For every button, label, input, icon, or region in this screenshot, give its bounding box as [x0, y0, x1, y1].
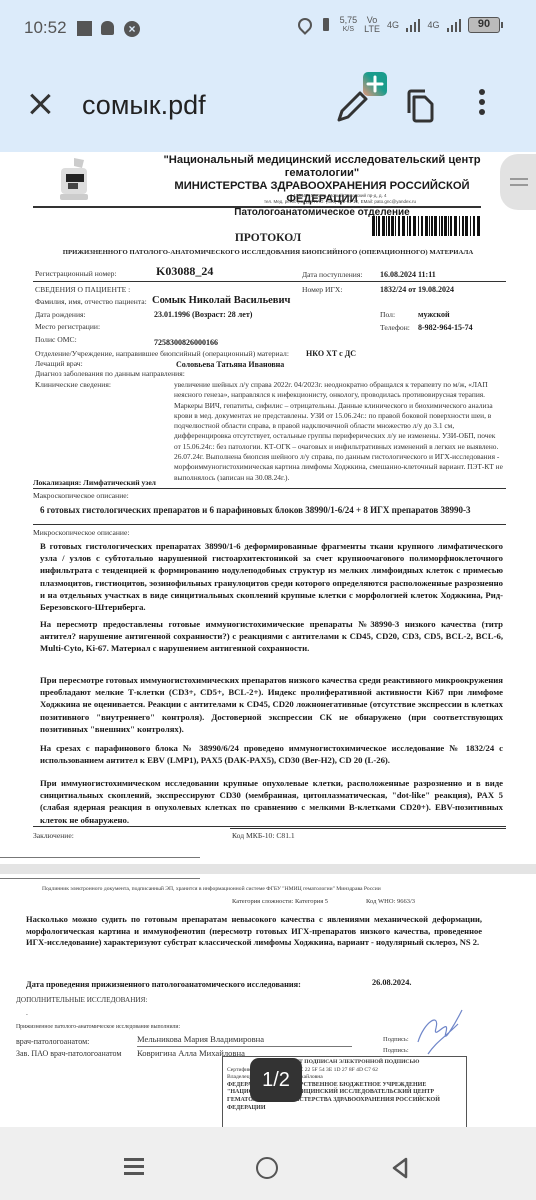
- divider: [0, 857, 200, 858]
- status-bar: 10:52 × 5,75 K/S Vo LTE 4G 4G 90: [0, 0, 536, 60]
- copy-button[interactable]: [400, 85, 440, 125]
- micro-paragraph: В готовых гистологических препаратах 389…: [40, 540, 503, 613]
- additional-value: .: [26, 1008, 28, 1017]
- more-vertical-icon[interactable]: [472, 86, 492, 126]
- igh-label: Номер ИГХ:: [302, 285, 342, 294]
- clinical-label: Клинические сведения:: [35, 380, 111, 389]
- org-header: "Национальный медицинский исследовательс…: [152, 154, 492, 219]
- protocol-subtitle: ПРИЖИЗНЕННОГО ПАТОЛОГО-АНАТОМИЧЕСКОГО ИС…: [0, 249, 536, 256]
- patient-name: Сомык Николай Васильевич: [152, 295, 290, 306]
- edit-button[interactable]: [330, 70, 390, 130]
- dob: 23.01.1996 (Возраст: 28 лет): [154, 310, 252, 319]
- pathologist-name: Мельникова Мария Владимировна: [137, 1034, 264, 1044]
- oms-label: Полис ОМС:: [35, 335, 77, 344]
- pathologist-label: врач-патологоанатом:: [16, 1037, 89, 1046]
- divider: [137, 1046, 352, 1047]
- divider: [230, 828, 506, 829]
- pencil-plus-icon: [330, 70, 390, 130]
- dob-label: Дата рождения:: [35, 310, 86, 319]
- diagnosis-label: Диагноз заболевания по данным направлени…: [35, 369, 185, 378]
- status-icons: 5,75 K/S Vo LTE 4G 4G 90: [298, 16, 500, 34]
- pdf-page-1: "Национальный медицинский исследовательс…: [0, 152, 536, 864]
- vibrate-icon: [319, 17, 333, 33]
- android-icon: [101, 21, 114, 35]
- protocol-title: ПРОТОКОЛ: [0, 232, 536, 244]
- final-conclusion: Насколько можно судить по готовым препар…: [26, 914, 482, 949]
- app-bar: сомык.pdf: [0, 60, 536, 152]
- system-nav-bar: [0, 1127, 536, 1200]
- doctor: Соловьева Татьяна Ивановна: [176, 360, 284, 369]
- micro-paragraph: На пересмотр предоставлены готовые иммун…: [40, 618, 503, 655]
- received-label: Дата поступления:: [302, 270, 362, 279]
- divider: [33, 524, 506, 525]
- study-date: 26.08.2024.: [372, 978, 411, 987]
- microscope-logo-icon: [56, 156, 92, 202]
- sex: мужской: [418, 310, 450, 319]
- volte-indicator: Vo LTE: [364, 16, 380, 34]
- reg-number-label: Регистрационный номер:: [35, 269, 117, 278]
- patient-info-label: СВЕДЕНИЯ О ПАЦИЕНТЕ :: [35, 285, 130, 294]
- divider: [33, 826, 506, 827]
- referring-dept-label: Отделение/Учреждение, направившее биопси…: [35, 349, 289, 358]
- footer-note: Подлинник электронного документа, подпис…: [42, 886, 381, 892]
- registration-label: Место регистрации:: [35, 322, 100, 331]
- oms-number: 7258300826000166: [154, 338, 218, 347]
- micro-paragraph: На срезах с парафинового блока № 38990/6…: [40, 742, 503, 766]
- received-date: 16.08.2024 11:11: [380, 270, 436, 279]
- net-speed: 5,75 K/S: [340, 16, 358, 34]
- icd-code: Код МКБ-10: C81.1: [232, 831, 295, 840]
- sex-label: Пол:: [380, 310, 395, 319]
- pdf-viewer[interactable]: "Национальный медицинский исследовательс…: [0, 152, 536, 1127]
- divider: [0, 878, 200, 879]
- localization: Локализация: Лимфатический узел: [33, 478, 156, 487]
- referring-dept: НКО ХТ с ДС: [306, 349, 356, 358]
- location-icon: [295, 15, 315, 35]
- igh-number: 1832/24 от 19.08.2024: [380, 285, 454, 294]
- head-label: Зав. ПАО врач-патологоанатом: [16, 1049, 121, 1058]
- status-time: 10:52: [24, 18, 67, 38]
- document-title: сомык.pdf: [82, 90, 206, 121]
- sim1-type: 4G: [387, 21, 399, 30]
- divider: [33, 488, 506, 489]
- back-icon[interactable]: [390, 1156, 410, 1180]
- micro-paragraph: При пересмотре готовых иммуногистохимиче…: [40, 674, 503, 735]
- complexity: Категория сложности: Категория 5: [232, 898, 328, 905]
- macro-label: Макроскопическое описание:: [33, 491, 129, 500]
- divider: [33, 281, 506, 282]
- who-code: Код WHO: 9663/3: [366, 898, 415, 905]
- conclusion-label: Заключение:: [33, 831, 74, 840]
- phone: 8-982-964-15-74: [418, 323, 473, 332]
- macro-description: 6 готовых гистологических препаратов и 6…: [40, 505, 470, 515]
- battery-icon: 90: [468, 17, 500, 33]
- home-icon[interactable]: [256, 1157, 278, 1179]
- sim2-type: 4G: [427, 21, 439, 30]
- study-date-label: Дата проведения прижизненного патологоан…: [26, 980, 301, 989]
- header-divider: [33, 206, 481, 208]
- page-indicator: 1/2: [250, 1058, 302, 1102]
- clinical-info: увеличение шейных л/у справа 2022г. 04/2…: [174, 380, 504, 483]
- signal-icon: [447, 18, 462, 32]
- signal-icon: [406, 18, 421, 32]
- phone-label: Телефон:: [380, 323, 410, 332]
- micro-label: Микроскопическое описание:: [33, 528, 129, 537]
- recents-icon[interactable]: [124, 1158, 144, 1174]
- additional-label: ДОПОЛНИТЕЛЬНЫЕ ИССЛЕДОВАНИЯ:: [16, 996, 147, 1004]
- micro-paragraph: При иммуногистохимическом исследовании к…: [40, 777, 503, 826]
- close-icon[interactable]: [28, 92, 54, 118]
- patient-name-label: Фамилия, имя, отчество пациента:: [35, 297, 147, 306]
- signature-icon: [410, 1002, 470, 1062]
- org-address: 125167, Москва, Новый Зыковский пр-д, д.…: [180, 193, 500, 205]
- reg-number: K03088_24: [156, 264, 213, 279]
- scrollbar-handle[interactable]: [500, 154, 536, 210]
- x-circle-icon: ×: [124, 21, 140, 37]
- performed-label: Прижизненное патолого-анатомическое иссл…: [16, 1024, 180, 1030]
- stop-icon: [77, 21, 92, 36]
- signature-label: Подпись:: [383, 1047, 409, 1054]
- copy-icon: [400, 85, 440, 125]
- doctor-label: Лечащий врач:: [35, 359, 83, 368]
- signature-label: Подпись:: [383, 1036, 409, 1043]
